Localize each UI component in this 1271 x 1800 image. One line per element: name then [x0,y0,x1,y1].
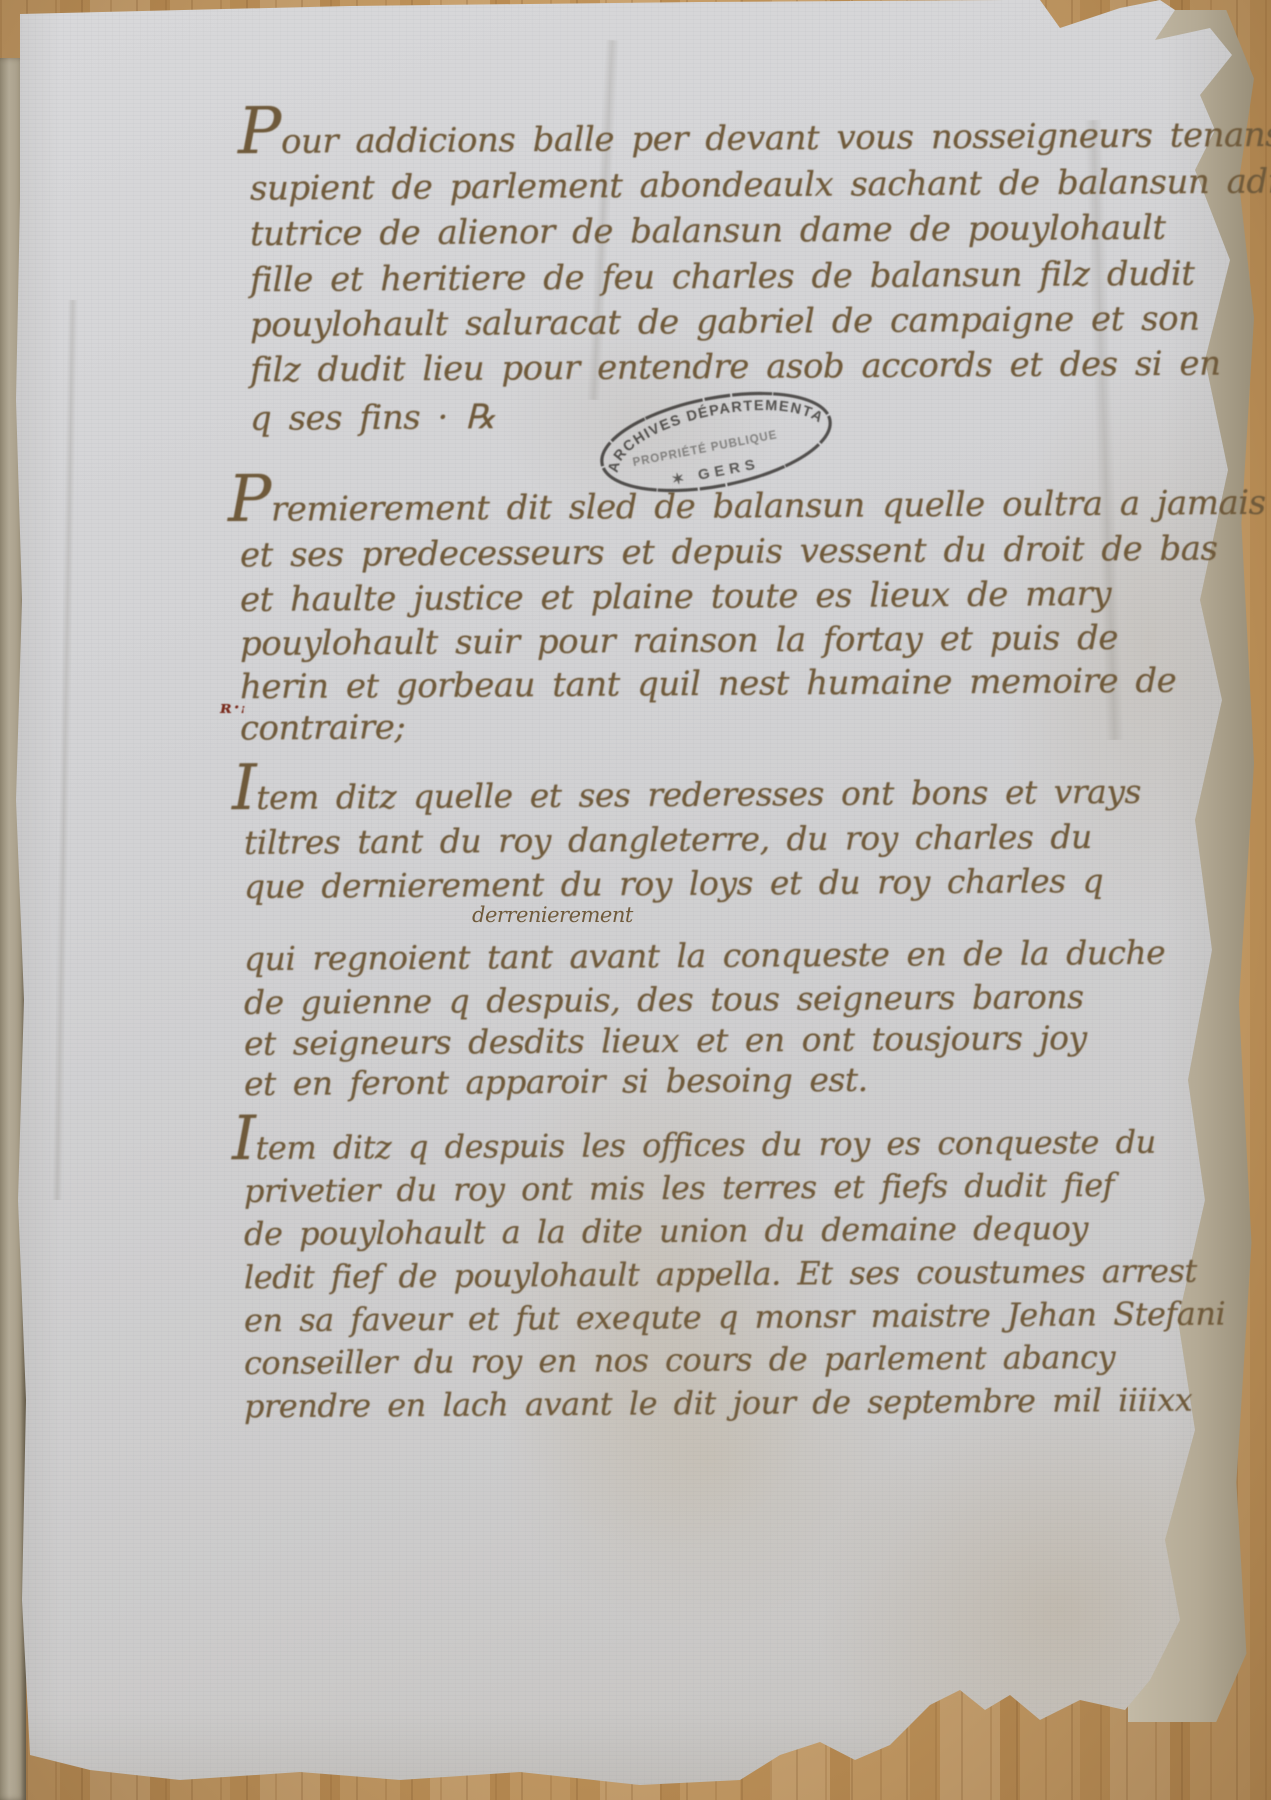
manuscript-line: tiltres tant du roy dangleterre, du roy … [244,817,1092,862]
stamp-bottom-text: ✶ GERS [670,455,761,489]
manuscript-line: et haulte justice et plaine toute es lie… [240,574,1111,620]
manuscript-line: que dernierement du roy loys et du roy c… [244,861,1103,906]
manuscript-line: contraire; [240,707,406,748]
manuscript-line: Item ditz q despuis les offices du roy e… [232,1123,1156,1167]
manuscript-line: qui regnoient tant avant la conqueste en… [244,933,1165,978]
red-marginal-mark: ʀ·ꜟ [220,698,248,718]
manuscript-line: de pouylohault a la dite union du demain… [244,1209,1088,1253]
manuscript-line: Premierement dit sled de balansun quelle… [228,482,1271,530]
manuscript-line: privetier du roy ont mis les terres et f… [244,1166,1114,1210]
manuscript-line: conseiller du roy en nos cours de parlem… [244,1338,1115,1382]
manuscript-line: ledit fief de pouylohault appella. Et se… [244,1252,1197,1297]
manuscript-line: pouylohault saluracat de gabriel de camp… [250,299,1200,346]
manuscript-line: filz dudit lieu pour entendre asob accor… [250,344,1221,391]
manuscript-line: q ses fins · ℞ [250,397,495,439]
manuscript-line: de guienne q despuis, des tous seigneurs… [244,977,1084,1022]
interlinear-insertion: derrenierement [472,903,633,927]
manuscript-line: Item ditz quelle et ses rederesses ont b… [232,772,1141,817]
manuscript-line: pouylohault suir pour rainson la fortay … [240,618,1118,664]
manuscript-line: herin et gorbeau tant quil nest humaine … [240,661,1177,708]
manuscript-line: et seigneurs desdits lieux et en ont tou… [244,1018,1087,1063]
manuscript-line: prendre en lach avant le dit jour de sep… [244,1381,1192,1426]
manuscript-line: et ses predecesseurs et depuis vessent d… [240,529,1218,576]
manuscript-line: fille et heritiere de feu charles de bal… [250,254,1195,301]
manuscript-line: en sa faveur et fut exequte q monsr mais… [244,1295,1225,1340]
manuscript-line: Pour addicions balle per devant vous nos… [238,114,1271,162]
manuscript-photo: Pour addicions balle per devant vous nos… [0,0,1271,1800]
manuscript-line: tutrice de alienor de balansun dame de p… [250,208,1166,254]
handwritten-text-block: Pour addicions balle per devant vous nos… [0,0,1271,1800]
manuscript-line: et en feront apparoir si besoing est. [244,1060,868,1103]
manuscript-line: supient de parlement abondeaulx sachant … [250,161,1271,208]
